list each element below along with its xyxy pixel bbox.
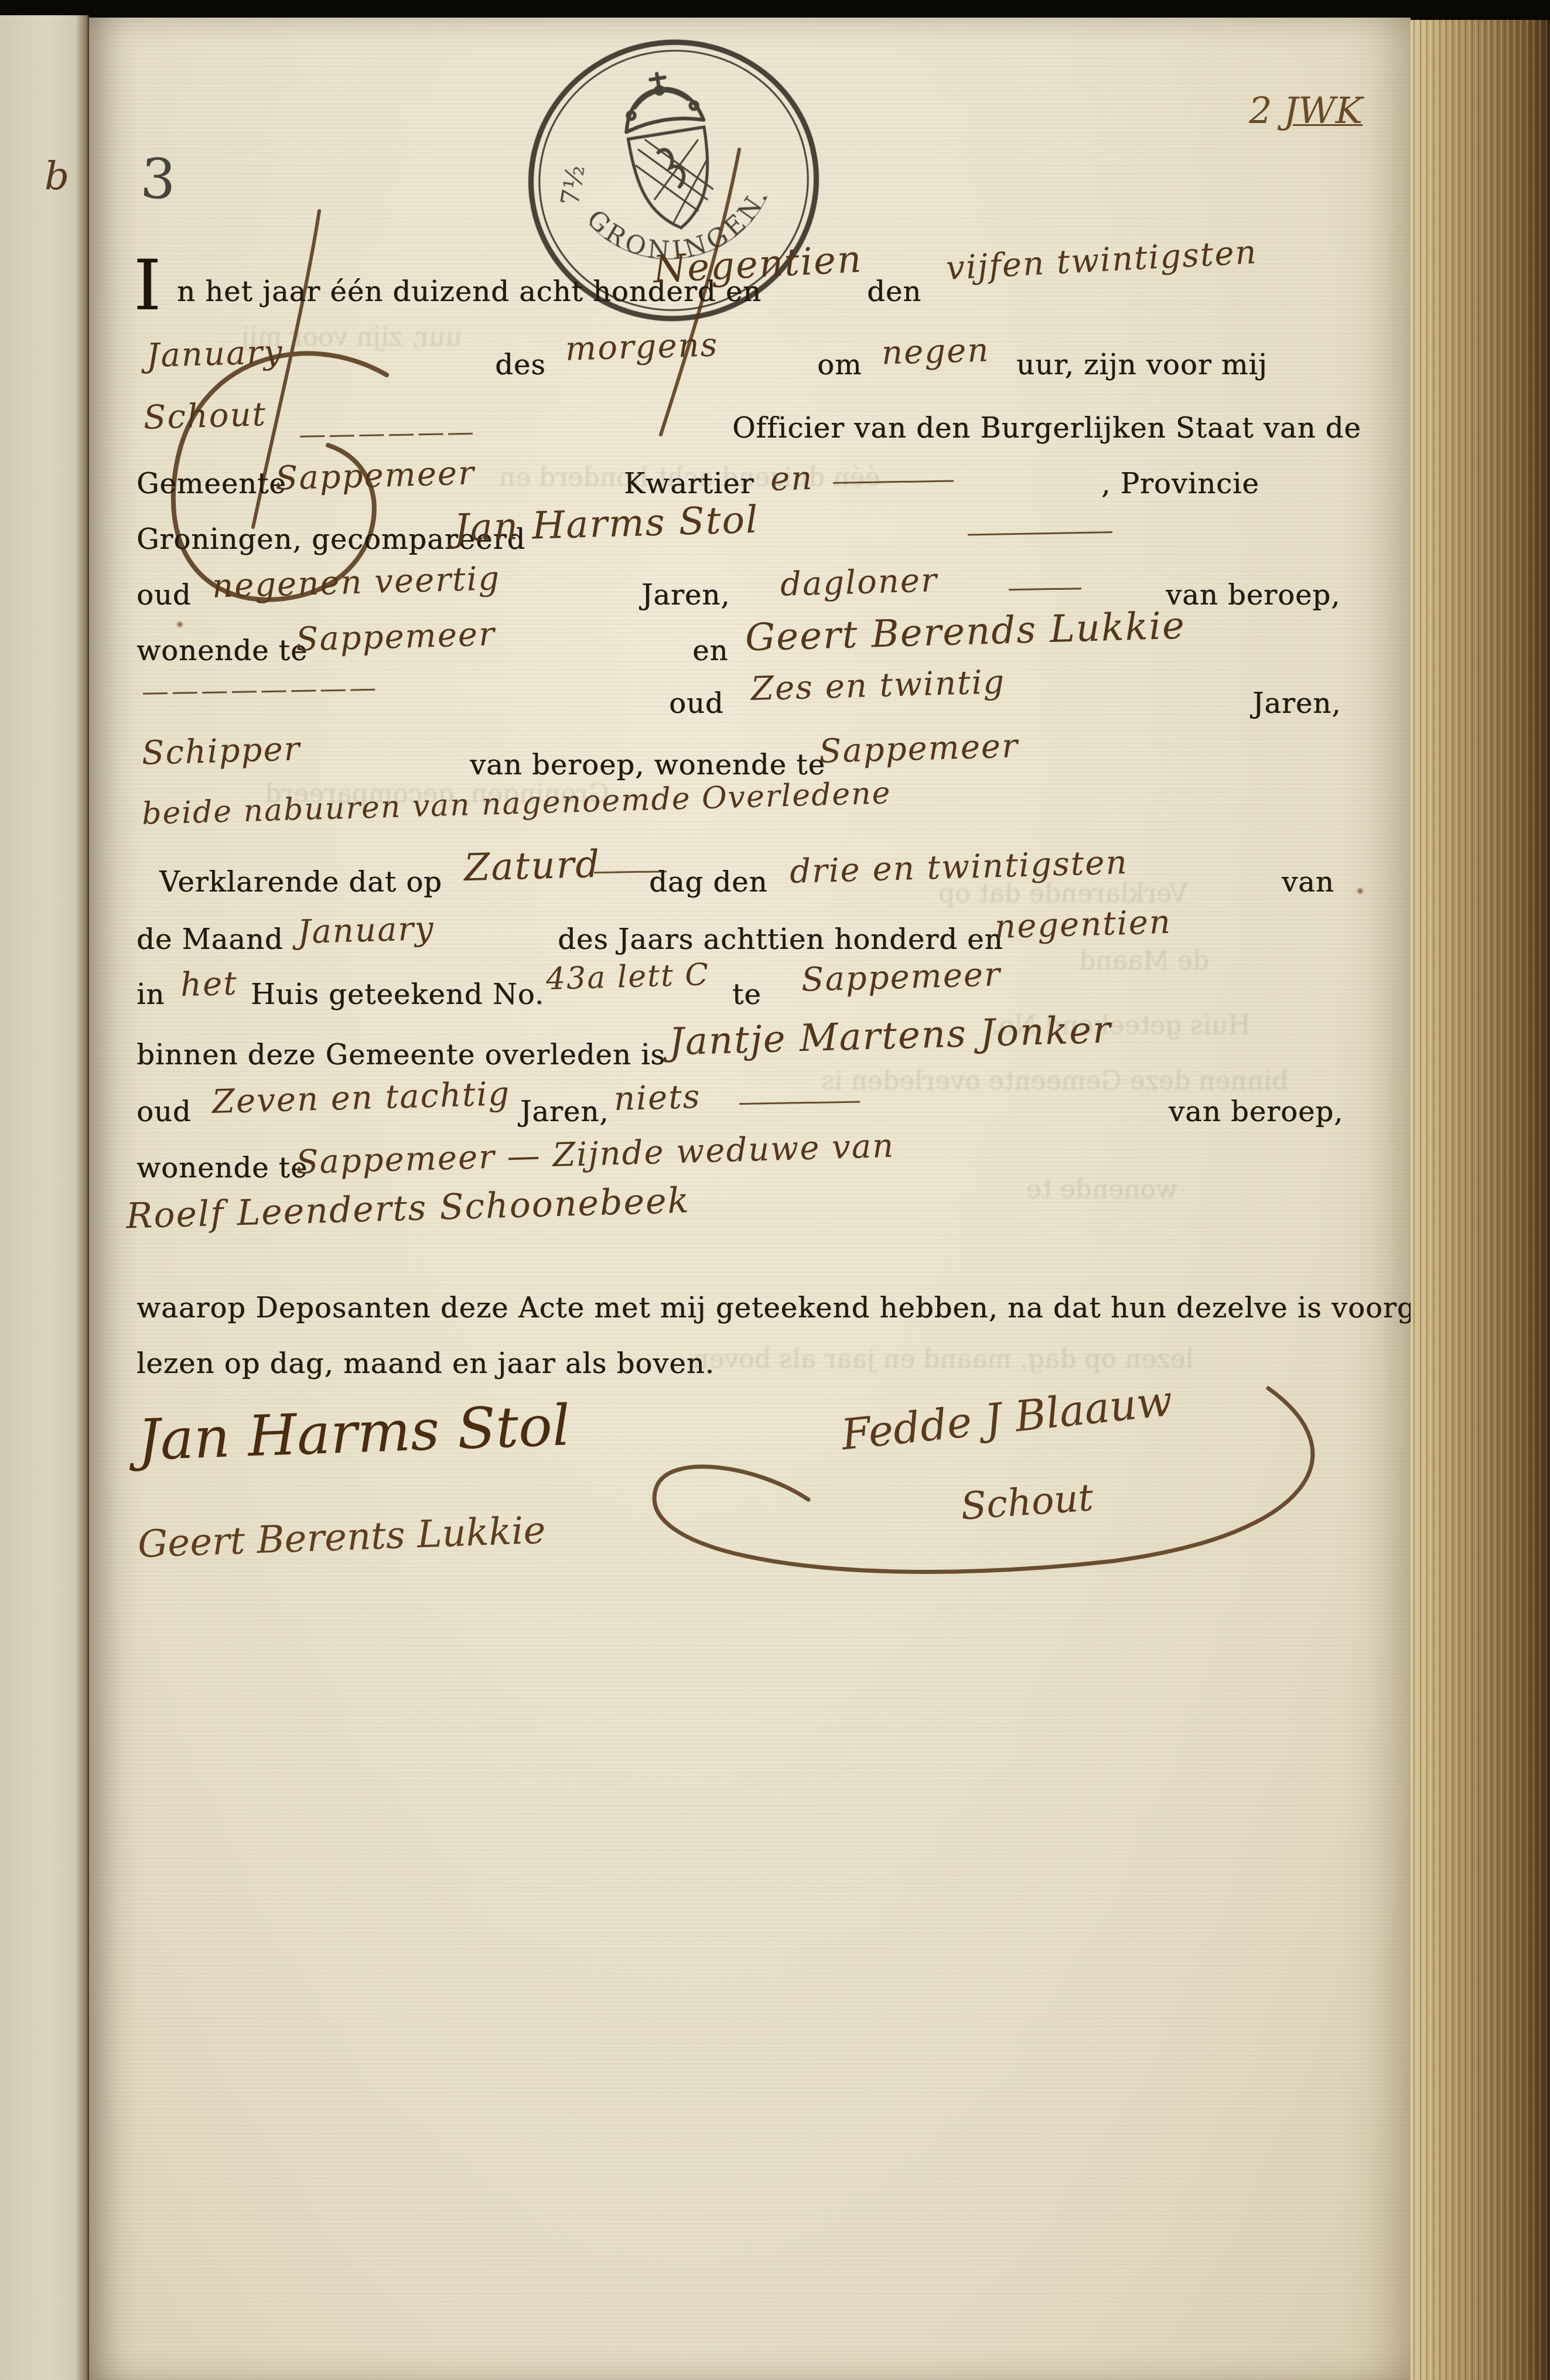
handwritten-entry: Zaturd <box>463 843 601 890</box>
handwritten-entry: January <box>146 333 284 375</box>
stamp-value: 7½ <box>555 163 590 207</box>
stamp-shield-icon <box>628 127 719 234</box>
printed-text: Jaren, <box>1252 687 1341 720</box>
signature-official-title: Schout <box>960 1476 1095 1529</box>
printed-text: oud <box>136 1095 192 1128</box>
archival-note: 2 JWK <box>1249 89 1363 132</box>
printed-text: binnen deze Gemeente overleden is <box>136 1039 665 1071</box>
printed-text: dag den <box>649 866 767 899</box>
printed-text: Jaren, <box>520 1095 609 1128</box>
printed-text: waarop Deposanten deze Acte met mij gete… <box>136 1292 1443 1324</box>
printed-text: Jaren, <box>641 579 730 612</box>
page-number: 3 <box>139 147 177 213</box>
printed-text: in <box>136 978 165 1011</box>
printed-text: oud <box>136 579 192 612</box>
printed-text: Huis geteekend No. <box>251 978 544 1011</box>
handwritten-entry: negentien <box>994 903 1172 946</box>
printed-text: uur, zijn voor mij <box>1016 349 1268 381</box>
inked-dash: — — — — — — — — <box>142 672 374 708</box>
printed-text: van beroep, <box>1169 1095 1343 1128</box>
printed-text: wonende te <box>136 634 308 667</box>
inked-dash: —————— <box>967 514 1111 548</box>
handwritten-entry: Jan Harms Stol <box>453 498 759 551</box>
printed-text: Verklarende dat op <box>159 866 442 899</box>
handwritten-entry: negen <box>881 331 990 372</box>
ghost-bleedthrough: de Maand <box>1079 946 1209 976</box>
printed-text: van beroep, <box>1166 579 1340 612</box>
archival-note-initials: JWK <box>1283 89 1363 132</box>
printed-text: te <box>732 978 762 1011</box>
archival-note-number: 2 <box>1249 89 1272 132</box>
page-edge-stack <box>1411 20 1550 2380</box>
printed-text: de Maand <box>136 923 283 956</box>
printed-text: Kwartier <box>624 467 754 500</box>
inked-dash: ————— <box>738 1084 859 1118</box>
handwritten-entry: het <box>180 965 238 1005</box>
handwritten-entry: Sappemeer <box>275 454 475 497</box>
printed-text: Gemeente <box>136 467 286 500</box>
handwritten-entry: en <box>770 459 814 498</box>
ink-speck <box>1356 887 1364 894</box>
printed-text: , Provincie <box>1101 467 1259 500</box>
printed-text: lezen op dag, maand en jaar als boven. <box>136 1347 715 1380</box>
printed-text: des <box>495 349 546 381</box>
printed-text: wonende te <box>136 1152 308 1184</box>
printed-text: Officier van den Burgerlijken Staat van … <box>732 412 1361 445</box>
gutter-ink-mark: b <box>45 153 69 199</box>
handwritten-entry: January <box>297 910 435 952</box>
printed-text: om <box>817 349 862 381</box>
handwritten-entry: negenen veertig <box>211 559 501 606</box>
handwritten-entry: Sappemeer <box>295 615 496 658</box>
handwritten-entry: Sappemeer <box>801 955 1001 999</box>
printed-dropcap: I <box>134 251 161 320</box>
handwritten-entry: Sappemeer <box>818 727 1019 770</box>
handwritten-entry: Zes en twintig <box>750 663 1006 708</box>
inked-dash: ————— <box>832 463 952 497</box>
handwritten-entry: niets <box>613 1078 701 1118</box>
handwritten-entry: 43a lett C <box>545 957 710 997</box>
inked-dash: — — — — — — <box>299 415 472 450</box>
handwritten-entry: Schipper <box>141 730 301 773</box>
ink-speck <box>176 621 184 628</box>
printed-text: den <box>867 275 921 308</box>
inked-dash: ——— <box>1008 571 1080 603</box>
ghost-bleedthrough: binnen deze Gemeente overleden is <box>821 1066 1288 1096</box>
stamp-crown-icon <box>618 68 704 132</box>
handwritten-entry: Schout <box>143 395 267 437</box>
printed-text: van <box>1282 866 1334 899</box>
printed-text: oud <box>669 687 724 720</box>
ghost-bleedthrough: lezen op dag, maand en jaar als boven <box>692 1344 1194 1374</box>
printed-text: des Jaars achttien honderd en <box>558 923 1003 956</box>
ghost-bleedthrough: wonende te <box>1026 1174 1178 1204</box>
scanned-register-page: uur, zijn voor mij één duizend acht hond… <box>0 0 1550 2380</box>
handwritten-entry: morgens <box>565 326 719 368</box>
printed-text: van beroep, wonende te <box>470 749 825 781</box>
facing-page-edge <box>0 15 89 2380</box>
handwritten-entry: dagloner <box>780 561 938 603</box>
printed-text: en <box>692 634 728 667</box>
